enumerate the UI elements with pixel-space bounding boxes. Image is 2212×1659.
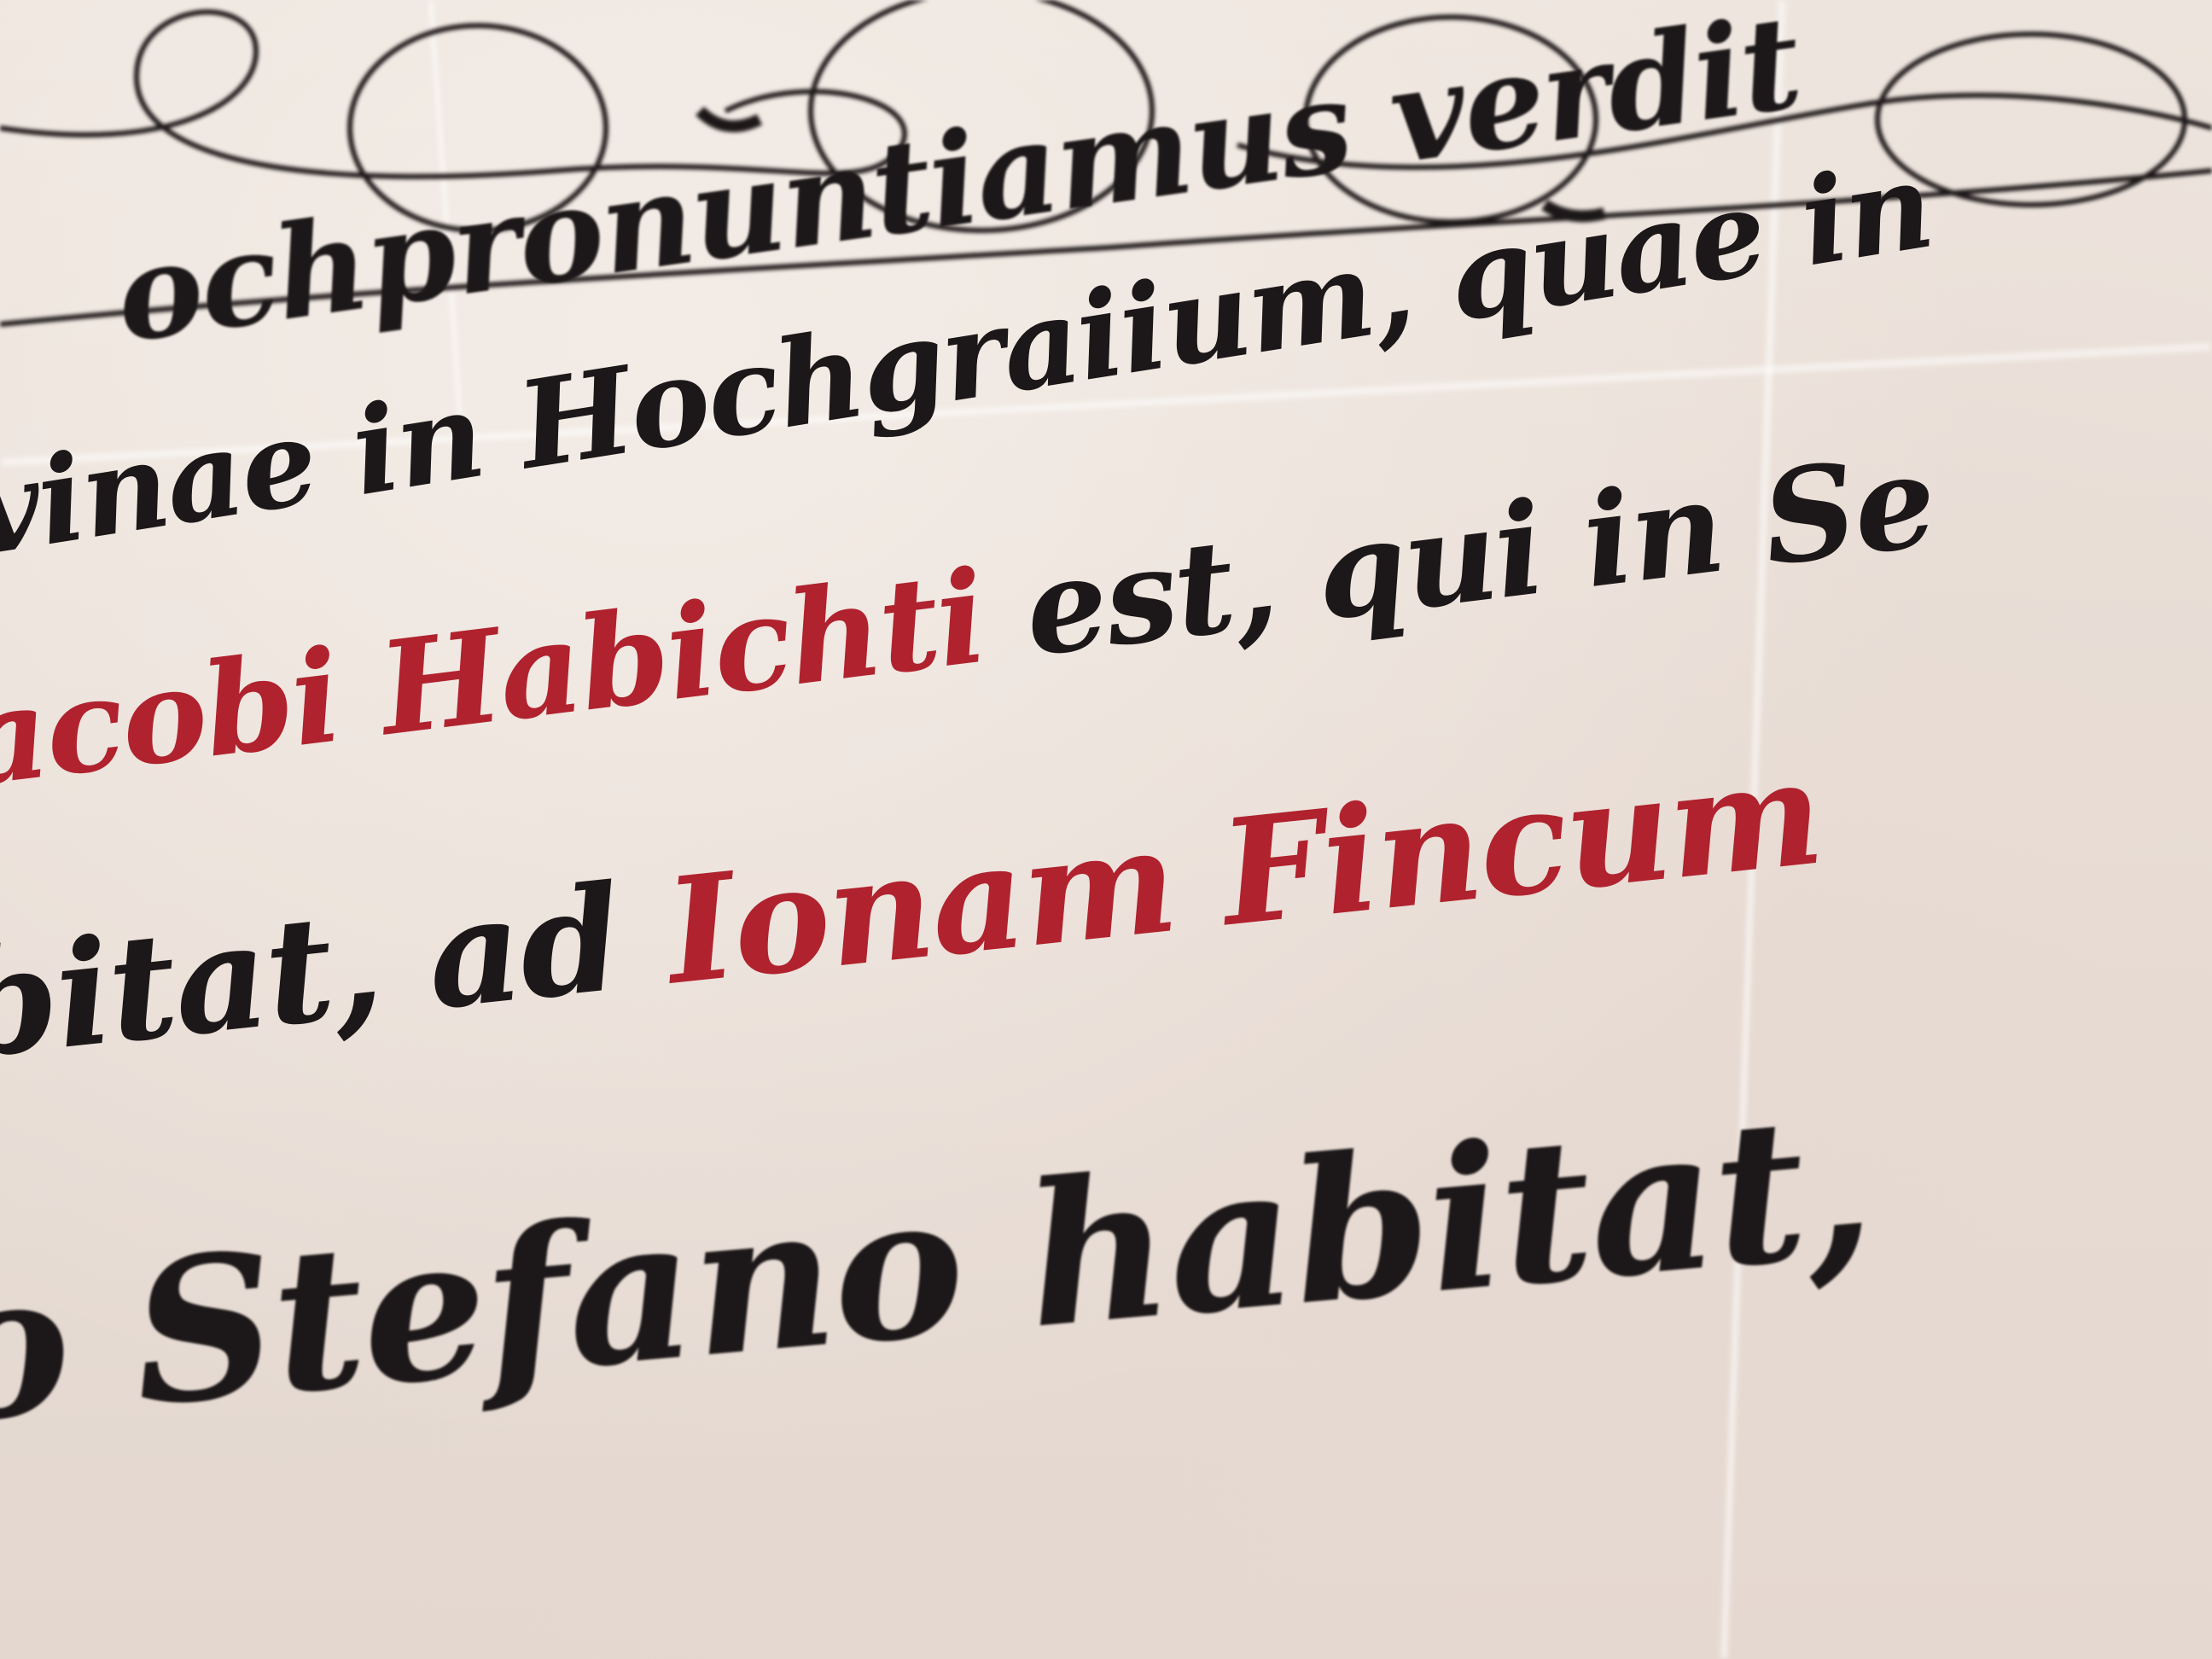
text-segment: est, qui in Se bbox=[975, 425, 1942, 690]
text-line-5: o Stefano habitat, bbox=[0, 1069, 1879, 1468]
red-name-habichti: acobi Habichti bbox=[0, 542, 992, 816]
text-line-4: bitat, ad Ionam Fincum bbox=[0, 727, 1829, 1092]
red-name-ionam-fincum: Ionam Fincum bbox=[659, 727, 1829, 1018]
text-segment: bitat, ad bbox=[0, 848, 677, 1092]
